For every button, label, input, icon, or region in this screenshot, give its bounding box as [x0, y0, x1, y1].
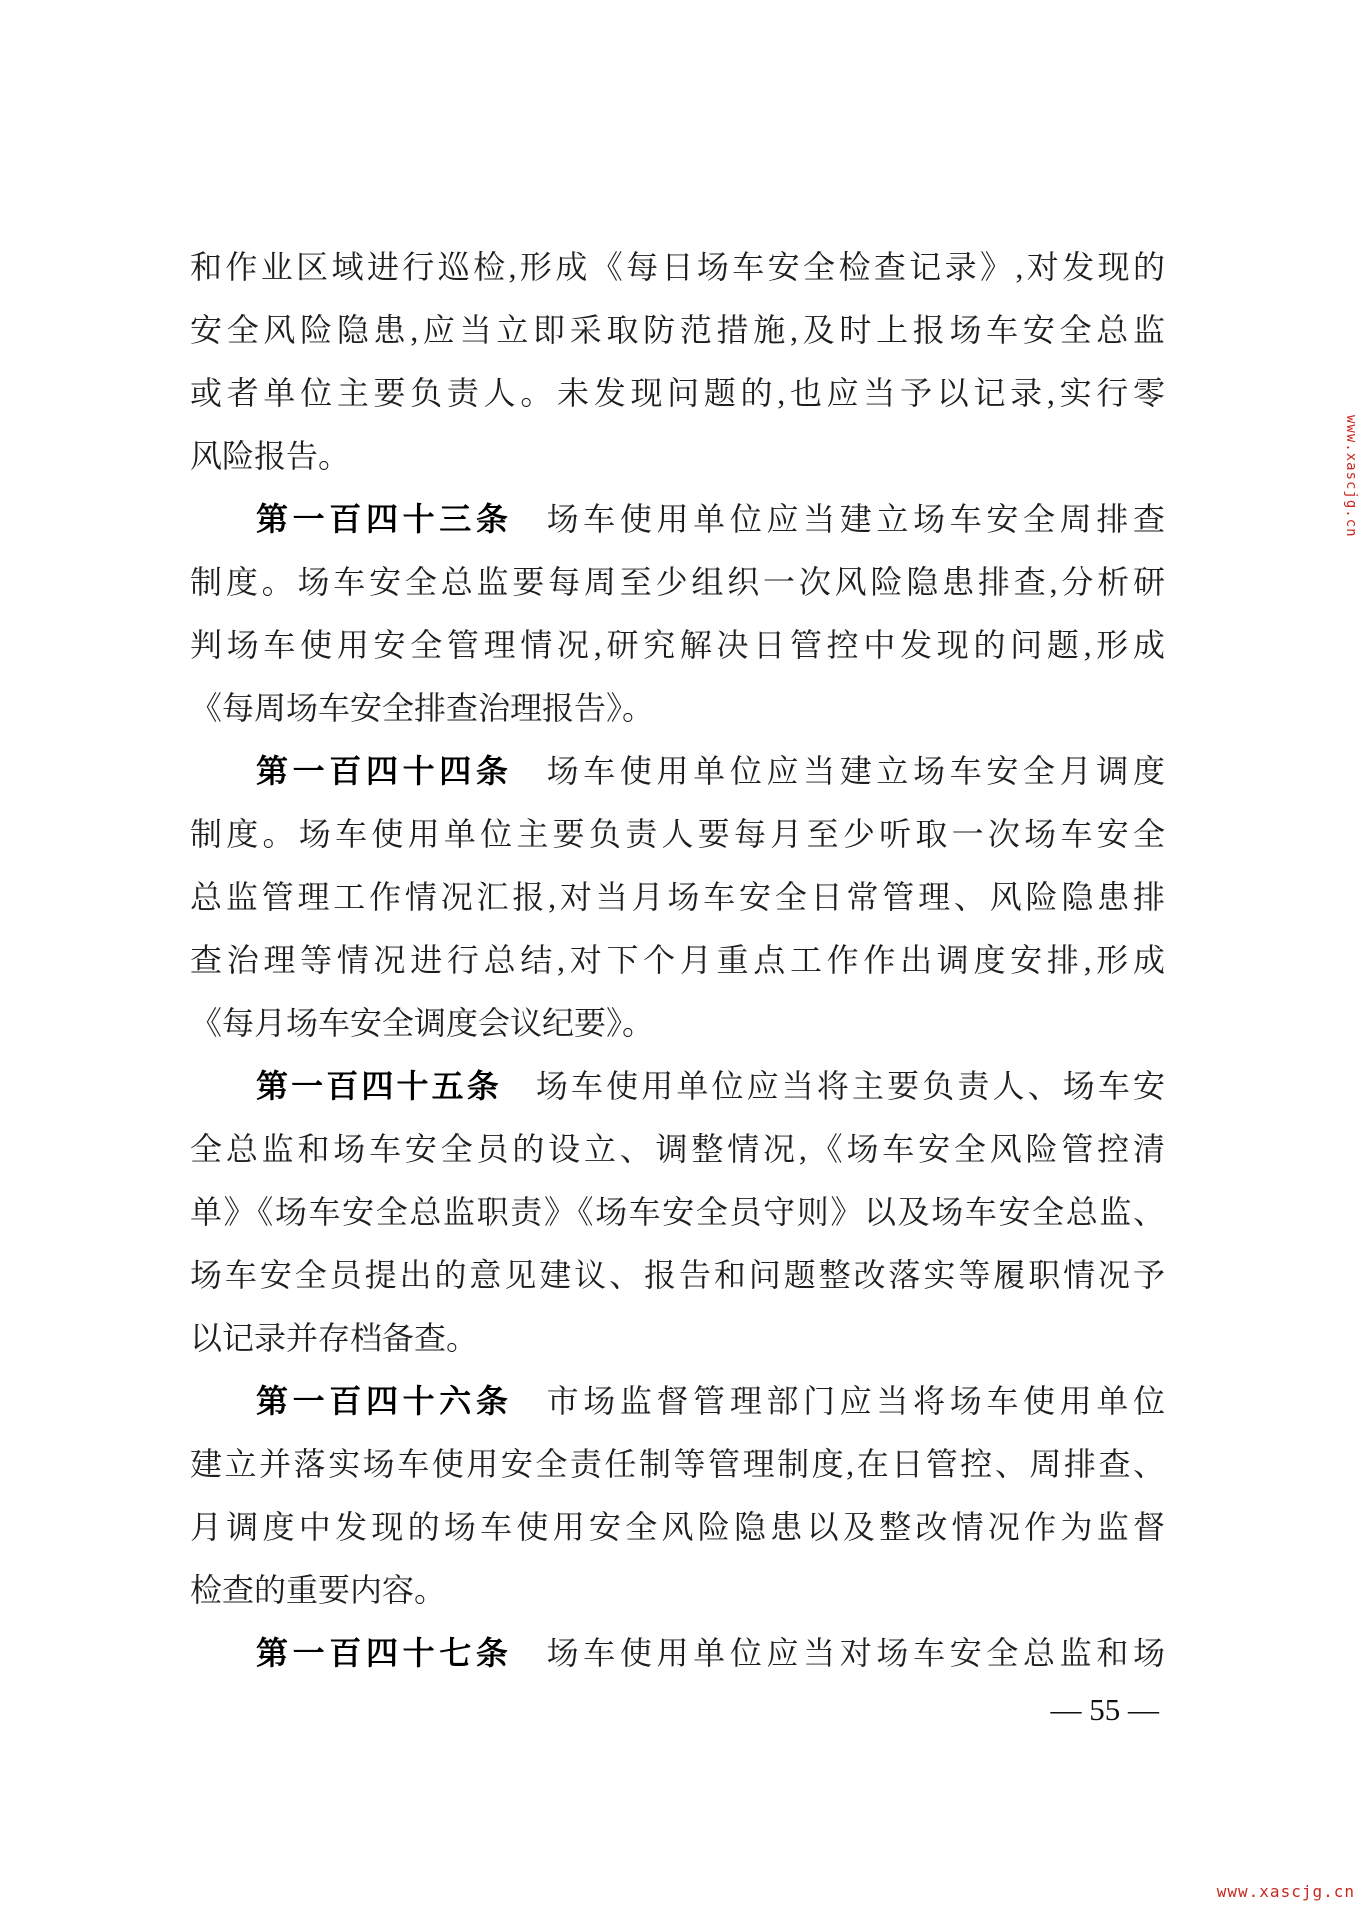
text-line: 全总监和场车安全员的设立、调整情况,《场车安全风险管控清 [190, 1118, 1165, 1181]
line-text: 制度。场车使用单位主要负责人要每月至少听取一次场车安全 [190, 816, 1165, 852]
text-line: 第一百四十四条场车使用单位应当建立场车安全月调度 [190, 740, 1165, 803]
line-text: 场车使用单位应当建立场车安全周排查 [547, 501, 1165, 537]
line-text: 单》《场车安全总监职责》《场车安全员守则》以及场车安全总监、 [190, 1194, 1165, 1230]
line-text: 以记录并存档备查。 [190, 1320, 478, 1356]
line-text: 市场监督管理部门应当将场车使用单位 [547, 1383, 1165, 1419]
text-line: 制度。场车安全总监要每周至少组织一次风险隐患排查,分析研 [190, 551, 1165, 614]
line-text: 场车使用单位应当建立场车安全月调度 [547, 753, 1165, 789]
line-text: 制度。场车安全总监要每周至少组织一次风险隐患排查,分析研 [190, 564, 1165, 600]
line-text: 风险报告。 [190, 438, 350, 474]
article-number: 第一百四十五条 [256, 1068, 502, 1104]
text-line: 风险报告。 [190, 425, 1165, 488]
line-text: 查治理等情况进行总结,对下个月重点工作作出调度安排,形成 [190, 942, 1165, 978]
watermark-side: www.xascjg.cn [1343, 415, 1359, 538]
text-block: 和作业区域进行巡检,形成《每日场车安全检查记录》,对发现的安全风险隐患,应当立即… [190, 236, 1165, 1685]
text-line: 判场车使用安全管理情况,研究解决日管控中发现的问题,形成 [190, 614, 1165, 677]
line-text: 月调度中发现的场车使用安全风险隐患以及整改情况作为监督 [190, 1509, 1165, 1545]
article-number: 第一百四十三条 [256, 501, 513, 537]
line-text: 检查的重要内容。 [190, 1572, 446, 1608]
text-line: 检查的重要内容。 [190, 1559, 1165, 1622]
text-line: 第一百四十五条场车使用单位应当将主要负责人、场车安 [190, 1055, 1165, 1118]
text-line: 总监管理工作情况汇报,对当月场车安全日常管理、风险隐患排 [190, 866, 1165, 929]
line-text: 和作业区域进行巡检,形成《每日场车安全检查记录》,对发现的 [190, 249, 1165, 285]
text-line: 《每月场车安全调度会议纪要》。 [190, 992, 1165, 1055]
line-text: 或者单位主要负责人。未发现问题的,也应当予以记录,实行零 [190, 375, 1165, 411]
text-line: 以记录并存档备查。 [190, 1307, 1165, 1370]
line-text: 安全风险隐患,应当立即采取防范措施,及时上报场车安全总监 [190, 312, 1165, 348]
text-line: 第一百四十七条场车使用单位应当对场车安全总监和场 [190, 1622, 1165, 1685]
text-line: 场车安全员提出的意见建议、报告和问题整改落实等履职情况予 [190, 1244, 1165, 1307]
watermark-bottom: www.xascjg.cn [1217, 1882, 1355, 1901]
line-text: 总监管理工作情况汇报,对当月场车安全日常管理、风险隐患排 [190, 879, 1165, 915]
text-line: 第一百四十六条市场监督管理部门应当将场车使用单位 [190, 1370, 1165, 1433]
text-line: 第一百四十三条场车使用单位应当建立场车安全周排查 [190, 488, 1165, 551]
line-text: 场车使用单位应当将主要负责人、场车安 [536, 1068, 1165, 1104]
line-text: 场车使用单位应当对场车安全总监和场 [547, 1635, 1165, 1671]
line-text: 《每月场车安全调度会议纪要》。 [190, 1005, 654, 1041]
line-text: 建立并落实场车使用安全责任制等管理制度,在日管控、周排查、 [190, 1446, 1165, 1482]
document-page: 和作业区域进行巡检,形成《每日场车安全检查记录》,对发现的安全风险隐患,应当立即… [0, 0, 1361, 1909]
article-number: 第一百四十七条 [256, 1635, 513, 1671]
text-line: 单》《场车安全总监职责》《场车安全员守则》以及场车安全总监、 [190, 1181, 1165, 1244]
line-text: 判场车使用安全管理情况,研究解决日管控中发现的问题,形成 [190, 627, 1165, 663]
page-number: — 55 — [190, 1688, 1165, 1732]
line-text: 《每周场车安全排查治理报告》。 [190, 690, 654, 726]
article-number: 第一百四十四条 [256, 753, 513, 789]
text-line: 月调度中发现的场车使用安全风险隐患以及整改情况作为监督 [190, 1496, 1165, 1559]
text-line: 制度。场车使用单位主要负责人要每月至少听取一次场车安全 [190, 803, 1165, 866]
text-line: 安全风险隐患,应当立即采取防范措施,及时上报场车安全总监 [190, 299, 1165, 362]
text-line: 建立并落实场车使用安全责任制等管理制度,在日管控、周排查、 [190, 1433, 1165, 1496]
text-line: 或者单位主要负责人。未发现问题的,也应当予以记录,实行零 [190, 362, 1165, 425]
line-text: 全总监和场车安全员的设立、调整情况,《场车安全风险管控清 [190, 1131, 1165, 1167]
text-line: 和作业区域进行巡检,形成《每日场车安全检查记录》,对发现的 [190, 236, 1165, 299]
text-line: 《每周场车安全排查治理报告》。 [190, 677, 1165, 740]
article-number: 第一百四十六条 [256, 1383, 513, 1419]
text-line: 查治理等情况进行总结,对下个月重点工作作出调度安排,形成 [190, 929, 1165, 992]
line-text: 场车安全员提出的意见建议、报告和问题整改落实等履职情况予 [190, 1257, 1165, 1293]
